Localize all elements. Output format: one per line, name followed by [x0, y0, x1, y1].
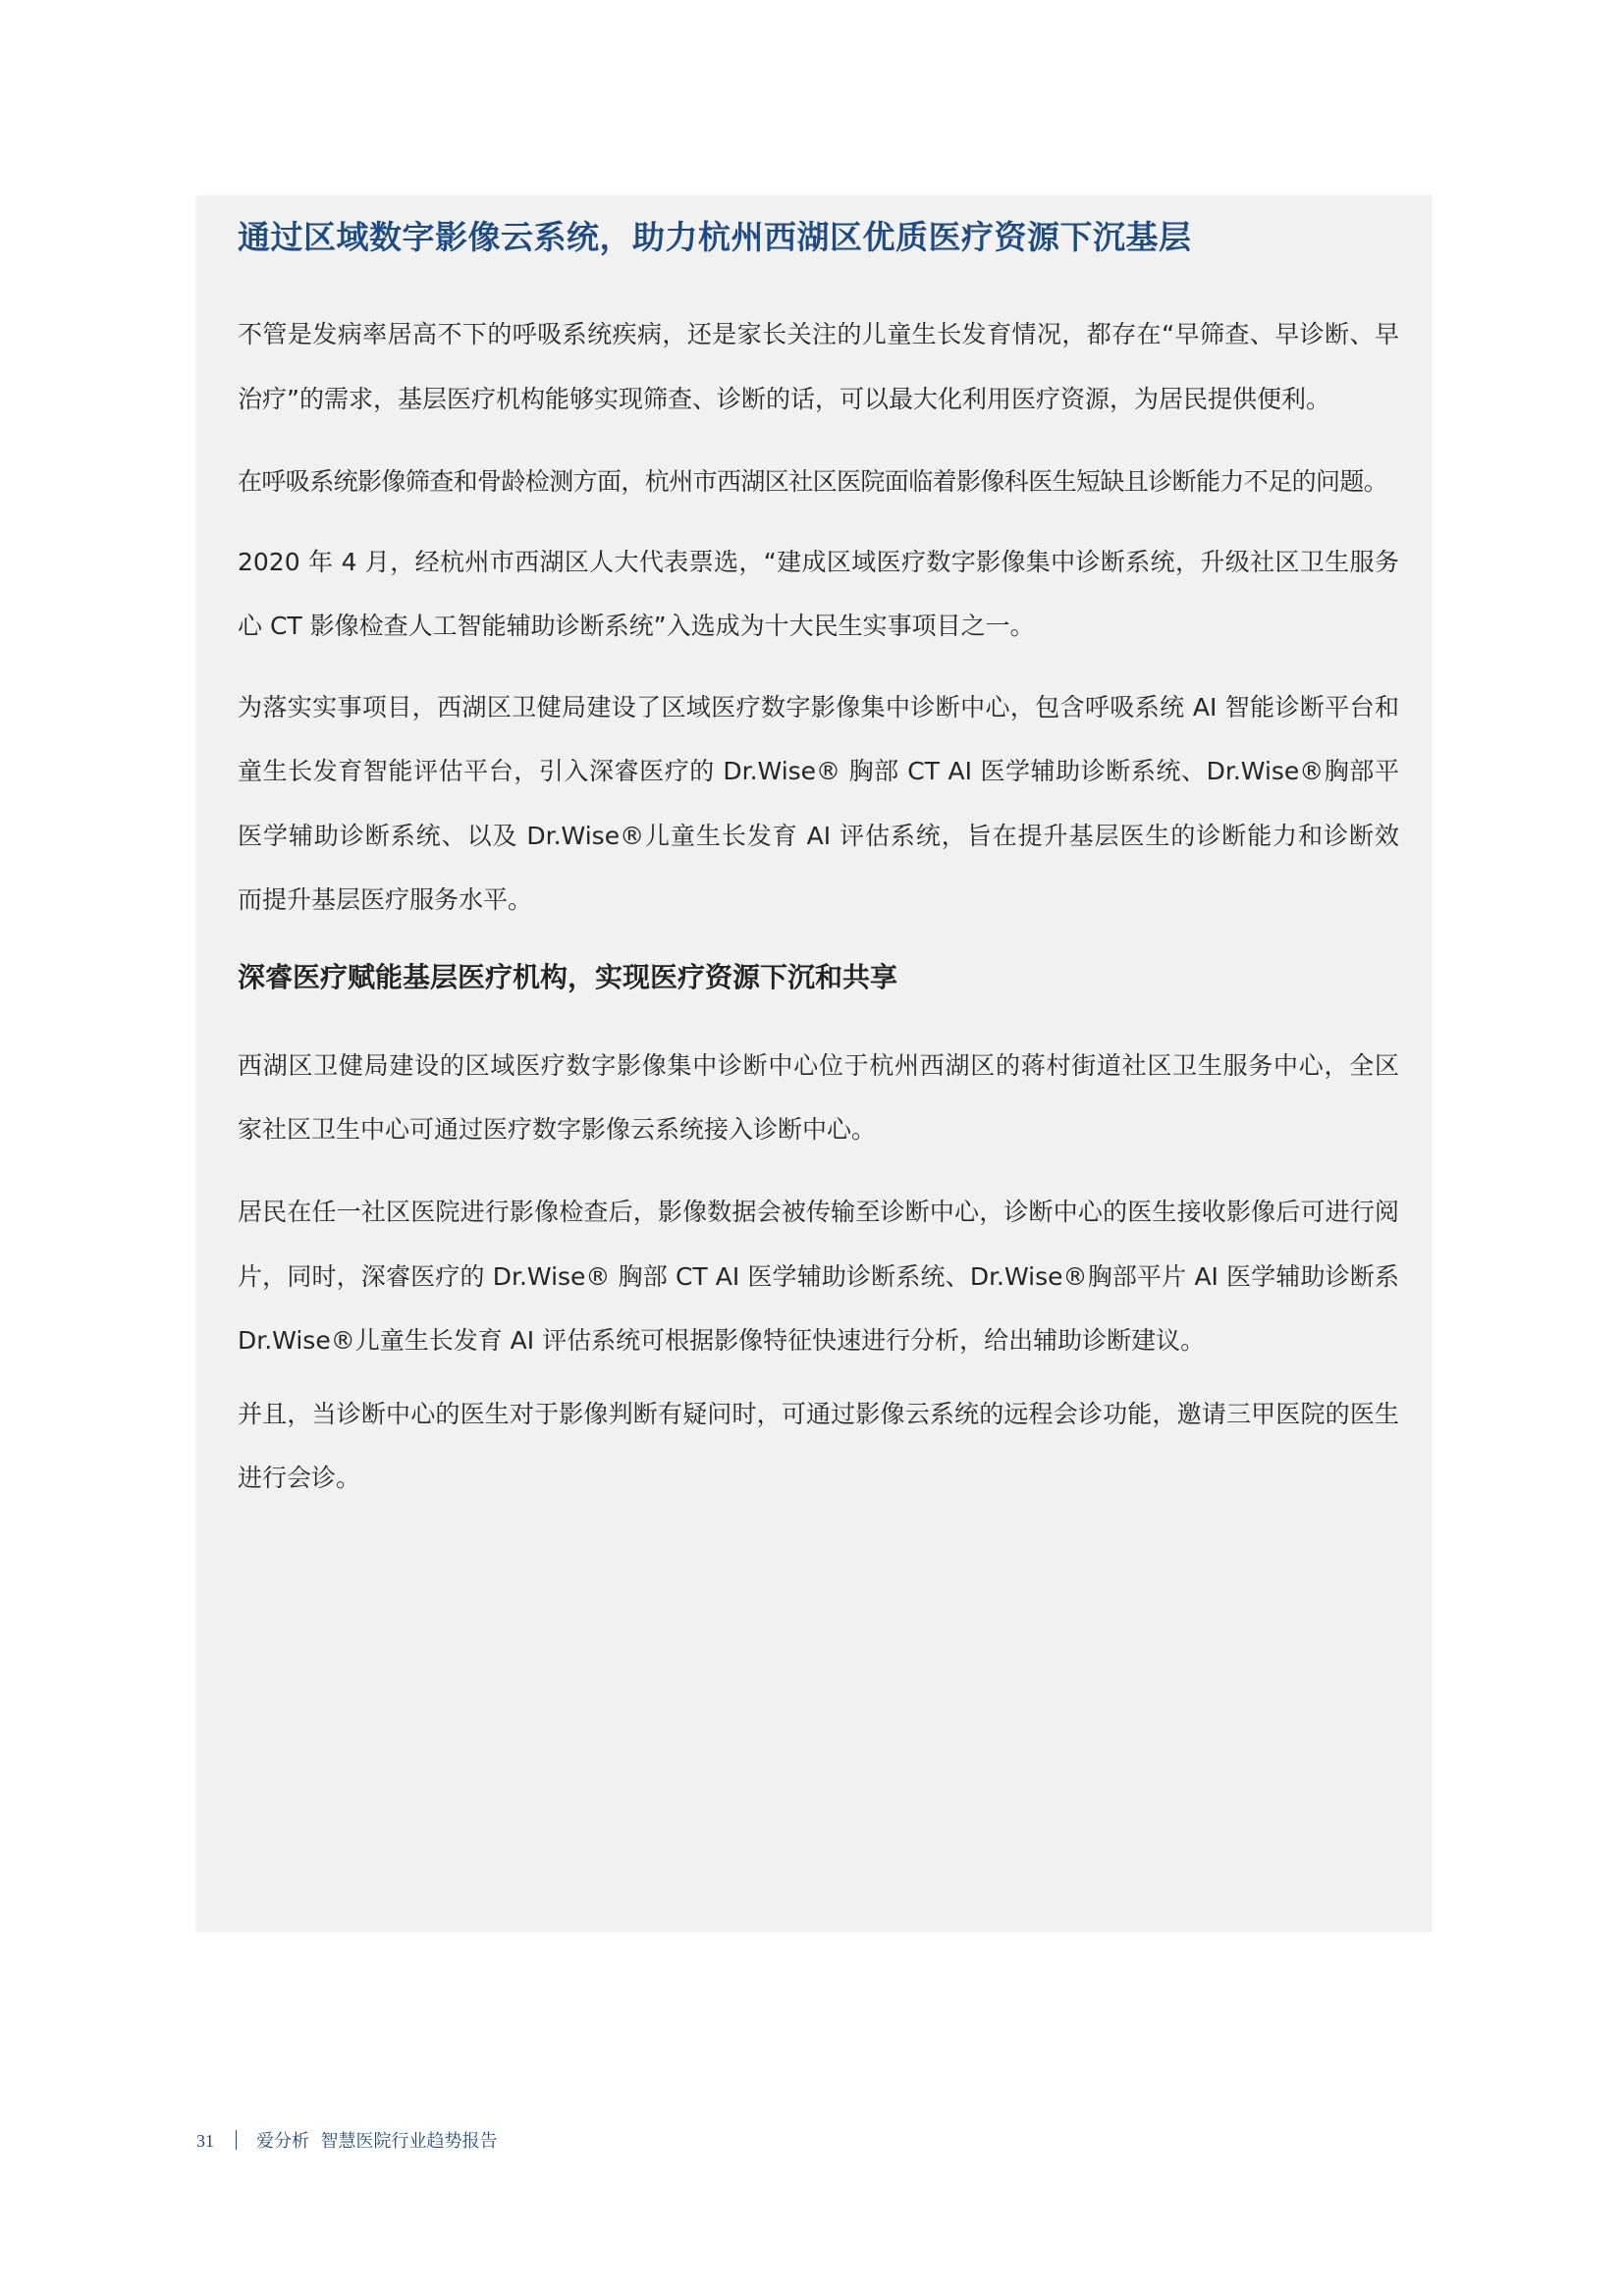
- text-line: 居民在任一社区医院进行影像检查后，影像数据会被传输至诊断中心，诊断中心的医生接收…: [238, 1199, 1399, 1226]
- text-line: 而提升基层医疗服务水平。: [238, 886, 1399, 914]
- text-line: 医学辅助诊断系统、以及 Dr.Wise®儿童生长发育 AI 评估系统，旨在提升基…: [238, 823, 1399, 850]
- text-line: Dr.Wise®儿童生长发育 AI 评估系统可根据影像特征快速进行分析，给出辅助…: [238, 1327, 1399, 1355]
- footer-divider: [236, 2130, 237, 2150]
- text-line: 不管是发病率居高不下的呼吸系统疾病，还是家长关注的儿童生长发育情况，都存在“早筛…: [238, 321, 1399, 348]
- text-line: 并且，当诊断中心的医生对于影像判断有疑问时，可通过影像云系统的远程会诊功能，邀请…: [238, 1401, 1399, 1428]
- text-line: 家社区卫生中心可通过医疗数字影像云系统接入诊断中心。: [238, 1116, 1399, 1144]
- text-line: 进行会诊。: [238, 1465, 1399, 1492]
- publication-name: 爱分析 智慧医院行业趋势报告: [256, 2131, 497, 2152]
- text-line: 心 CT 影像检查人工智能辅助诊断系统”入选成为十大民生实事项目之一。: [238, 613, 1399, 640]
- page-number: 31: [196, 2131, 214, 2151]
- text-line: 片，同时，深睿医疗的 Dr.Wise® 胸部 CT AI 医学辅助诊断系统、Dr…: [238, 1263, 1399, 1291]
- text-line: 为落实实事项目，西湖区卫健局建设了区域医疗数字影像集中诊断中心，包含呼吸系统 A…: [238, 694, 1399, 721]
- section-title: 通过区域数字影像云系统，助力杭州西湖区优质医疗资源下沉基层: [238, 218, 1192, 257]
- page-footer: 31爱分析 智慧医院行业趋势报告: [196, 2130, 497, 2153]
- text-line: 西湖区卫健局建设的区域医疗数字影像集中诊断中心位于杭州西湖区的蒋村街道社区卫生服…: [238, 1052, 1399, 1080]
- text-line: 2020 年 4 月，经杭州市西湖区人大代表票选，“建成区域医疗数字影像集中诊断…: [238, 549, 1399, 576]
- text-line: 治疗”的需求，基层医疗机构能够实现筛查、诊断的话，可以最大化利用医疗资源，为居民…: [238, 386, 1399, 413]
- text-line: 在呼吸系统影像筛查和骨龄检测方面，杭州市西湖区社区医院面临着影像科医生短缺且诊断…: [238, 468, 1399, 496]
- text-line: 童生长发育智能评估平台，引入深睿医疗的 Dr.Wise® 胸部 CT AI 医学…: [238, 758, 1399, 785]
- subheading: 深睿医疗赋能基层医疗机构，实现医疗资源下沉和共享: [238, 962, 897, 993]
